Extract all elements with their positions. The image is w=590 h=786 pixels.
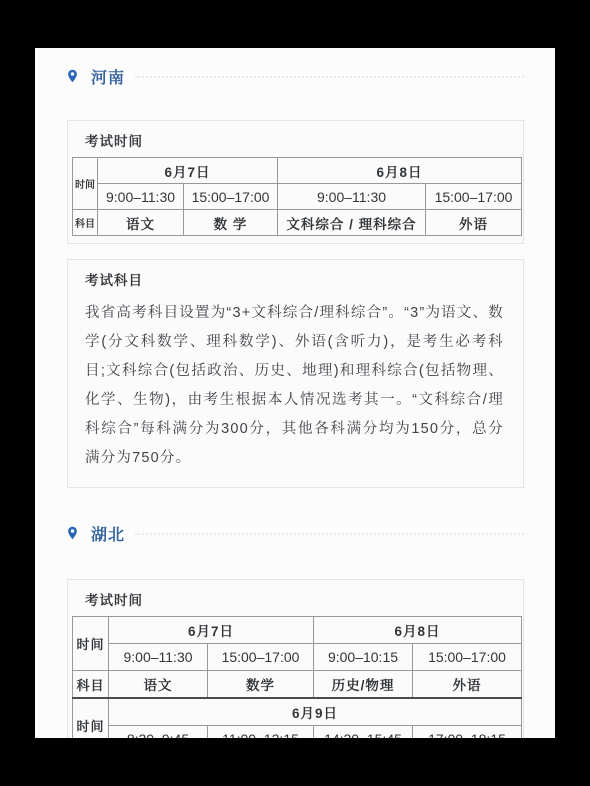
- row-label-time: 时间: [73, 617, 109, 671]
- content-page: 河南 考试时间 时间 6月7日 6月8日 9:00–11:30 15:00–17…: [35, 48, 555, 738]
- subject-cell: 历史/物理: [314, 671, 413, 699]
- subject-cell: 外语: [426, 210, 522, 236]
- date-cell: 6月8日: [314, 617, 522, 644]
- title-dotted-divider: [135, 76, 524, 78]
- henan-exam-time-table: 时间 6月7日 6月8日 9:00–11:30 15:00–17:00 9:00…: [72, 157, 522, 236]
- title-dotted-divider: [135, 533, 524, 535]
- section-title: 河南: [91, 65, 125, 88]
- row-label-subject: 科目: [73, 671, 109, 699]
- time-cell: 9:00–11:30: [278, 184, 426, 210]
- subject-cell: 文科综合 / 理科综合: [278, 210, 426, 236]
- card-label: 考试时间: [68, 580, 523, 616]
- exam-subjects-paragraph: 我省高考科目设置为“3+文科综合/理科综合”。“3”为语文、数学(分文科数学、理…: [68, 296, 523, 487]
- date-cell: 6月7日: [98, 158, 278, 184]
- henan-exam-subjects-card: 考试科目 我省高考科目设置为“3+文科综合/理科综合”。“3”为语文、数学(分文…: [67, 259, 524, 488]
- row-label-time: 时间: [73, 698, 109, 738]
- date-cell: 6月8日: [278, 158, 522, 184]
- date-cell: 6月9日: [109, 698, 522, 726]
- screenshot-root: { "colors": { "title_blue": "#35639c", "…: [0, 0, 590, 786]
- subject-cell: 数 学: [184, 210, 278, 236]
- time-cell: 15:00–17:00: [184, 184, 278, 210]
- location-pin-icon: [65, 524, 80, 542]
- time-cell: 9:00–10:15: [314, 644, 413, 671]
- subject-cell: 数学: [208, 671, 314, 699]
- location-pin-icon: [65, 67, 80, 85]
- card-label: 考试时间: [68, 121, 523, 157]
- time-cell: 14:30–15:45: [314, 726, 413, 739]
- time-cell: 9:00–11:30: [98, 184, 184, 210]
- time-cell: 17:00–18:15: [413, 726, 522, 739]
- date-cell: 6月7日: [109, 617, 314, 644]
- hubei-exam-time-card: 考试时间 时间 6月7日 6月8日 9:00–11:30 15:00–17:00…: [67, 579, 524, 738]
- row-label-subject: 科目: [73, 210, 98, 236]
- row-label-time: 时间: [73, 158, 98, 210]
- time-cell: 15:00–17:00: [426, 184, 522, 210]
- subject-cell: 外语: [413, 671, 522, 699]
- henan-exam-time-card: 考试时间 时间 6月7日 6月8日 9:00–11:30 15:00–17:00…: [67, 120, 524, 244]
- subject-cell: 语文: [98, 210, 184, 236]
- section-header-hubei: 湖北: [65, 523, 524, 543]
- card-label: 考试科目: [68, 260, 523, 296]
- time-cell: 9:00–11:30: [109, 644, 208, 671]
- subject-cell: 语文: [109, 671, 208, 699]
- hubei-exam-time-table: 时间 6月7日 6月8日 9:00–11:30 15:00–17:00 9:00…: [72, 616, 522, 738]
- time-cell: 15:00–17:00: [413, 644, 522, 671]
- time-cell: 8:30–9:45: [109, 726, 208, 739]
- time-cell: 15:00–17:00: [208, 644, 314, 671]
- time-cell: 11:00–12:15: [208, 726, 314, 739]
- section-header-henan: 河南: [65, 66, 524, 86]
- section-title: 湖北: [91, 522, 125, 545]
